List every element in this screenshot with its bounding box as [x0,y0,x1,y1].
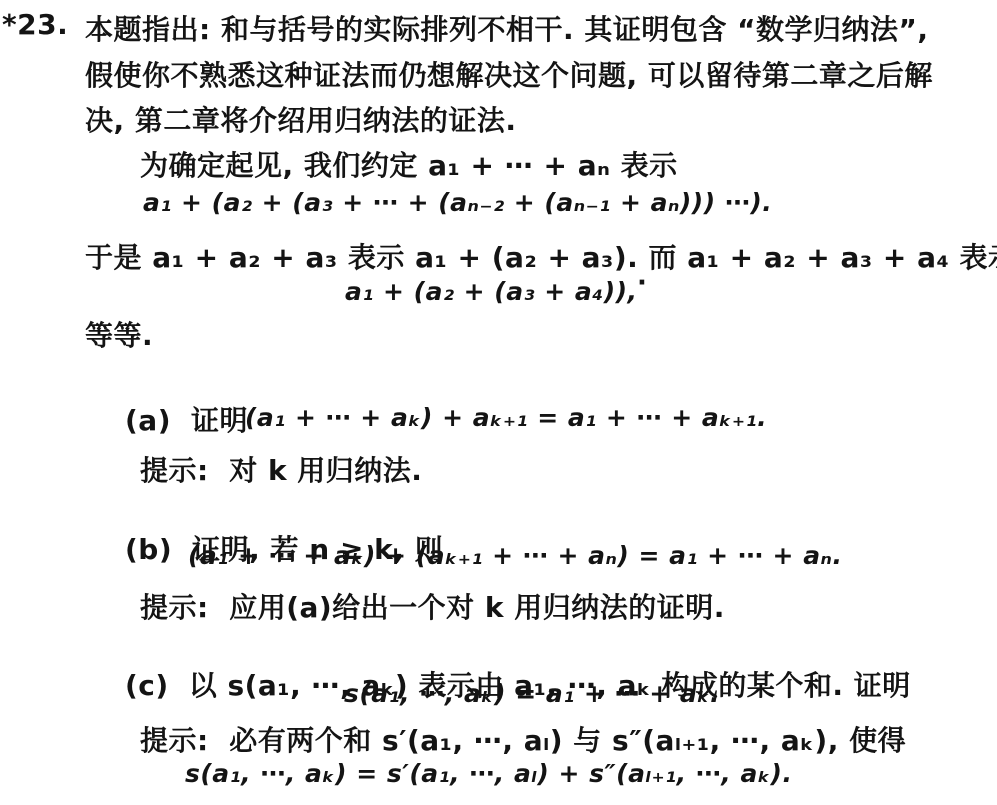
part-b-label: (b) [125,533,172,566]
intro-line-3: 决, 第二章将介绍用归纳法的证法. [85,99,517,139]
intro-line-1: 本题指出: 和与括号的实际排列不相干. 其证明包含 “数学归纳法”, [85,8,990,48]
part-a-hint: 提示: 对 k 用归纳法. [140,449,422,489]
part-a-label: (a) [125,404,171,437]
problem-number: *23. [2,8,68,41]
part-c-formula: s(a₁, ⋯, aₖ) = a₁ + ⋯ + aₖ. [344,679,720,708]
intro-line-2: 假使你不熟悉这种证法而仍想解决这个问题, 可以留待第二章之后解 [85,54,990,94]
example-lead: 于是 a₁ + a₂ + a₃ 表示 a₁ + (a₂ + a₃). 而 a₁ … [85,236,997,276]
convention-lead: 为确定起见, 我们约定 a₁ + ⋯ + aₙ 表示 [140,144,678,184]
part-a-formula: (a₁ + ⋯ + aₖ) + aₖ₊₁ = a₁ + ⋯ + aₖ₊₁. [245,403,767,432]
textbook-page: *23. 本题指出: 和与括号的实际排列不相干. 其证明包含 “数学归纳法”, … [0,0,997,805]
example-formula: a₁ + (a₂ + (a₃ + a₄)), [345,277,638,306]
part-b-formula: (a₁ + ⋯ + aₖ) + (aₖ₊₁ + ⋯ + aₙ) = a₁ + ⋯… [188,541,842,570]
part-c-label: (c) [125,669,169,702]
part-c-hint: 提示: 必有两个和 s′(a₁, ⋯, aₗ) 与 s″(aₗ₊₁, ⋯, aₖ… [140,719,906,759]
part-b-hint: 提示: 应用(a)给出一个对 k 用归纳法的证明. [140,586,725,626]
part-c-hint-formula: s(a₁, ⋯, aₖ) = s′(a₁, ⋯, aₗ) + s″(aₗ₊₁, … [185,759,792,788]
part-a-statement: 证明 [191,404,248,437]
convention-formula: a₁ + (a₂ + (a₃ + ⋯ + (aₙ₋₂ + (aₙ₋₁ + aₙ)… [143,188,772,217]
ink-dot-artifact: · [637,268,647,298]
etcetera-line: 等等. [85,314,153,354]
